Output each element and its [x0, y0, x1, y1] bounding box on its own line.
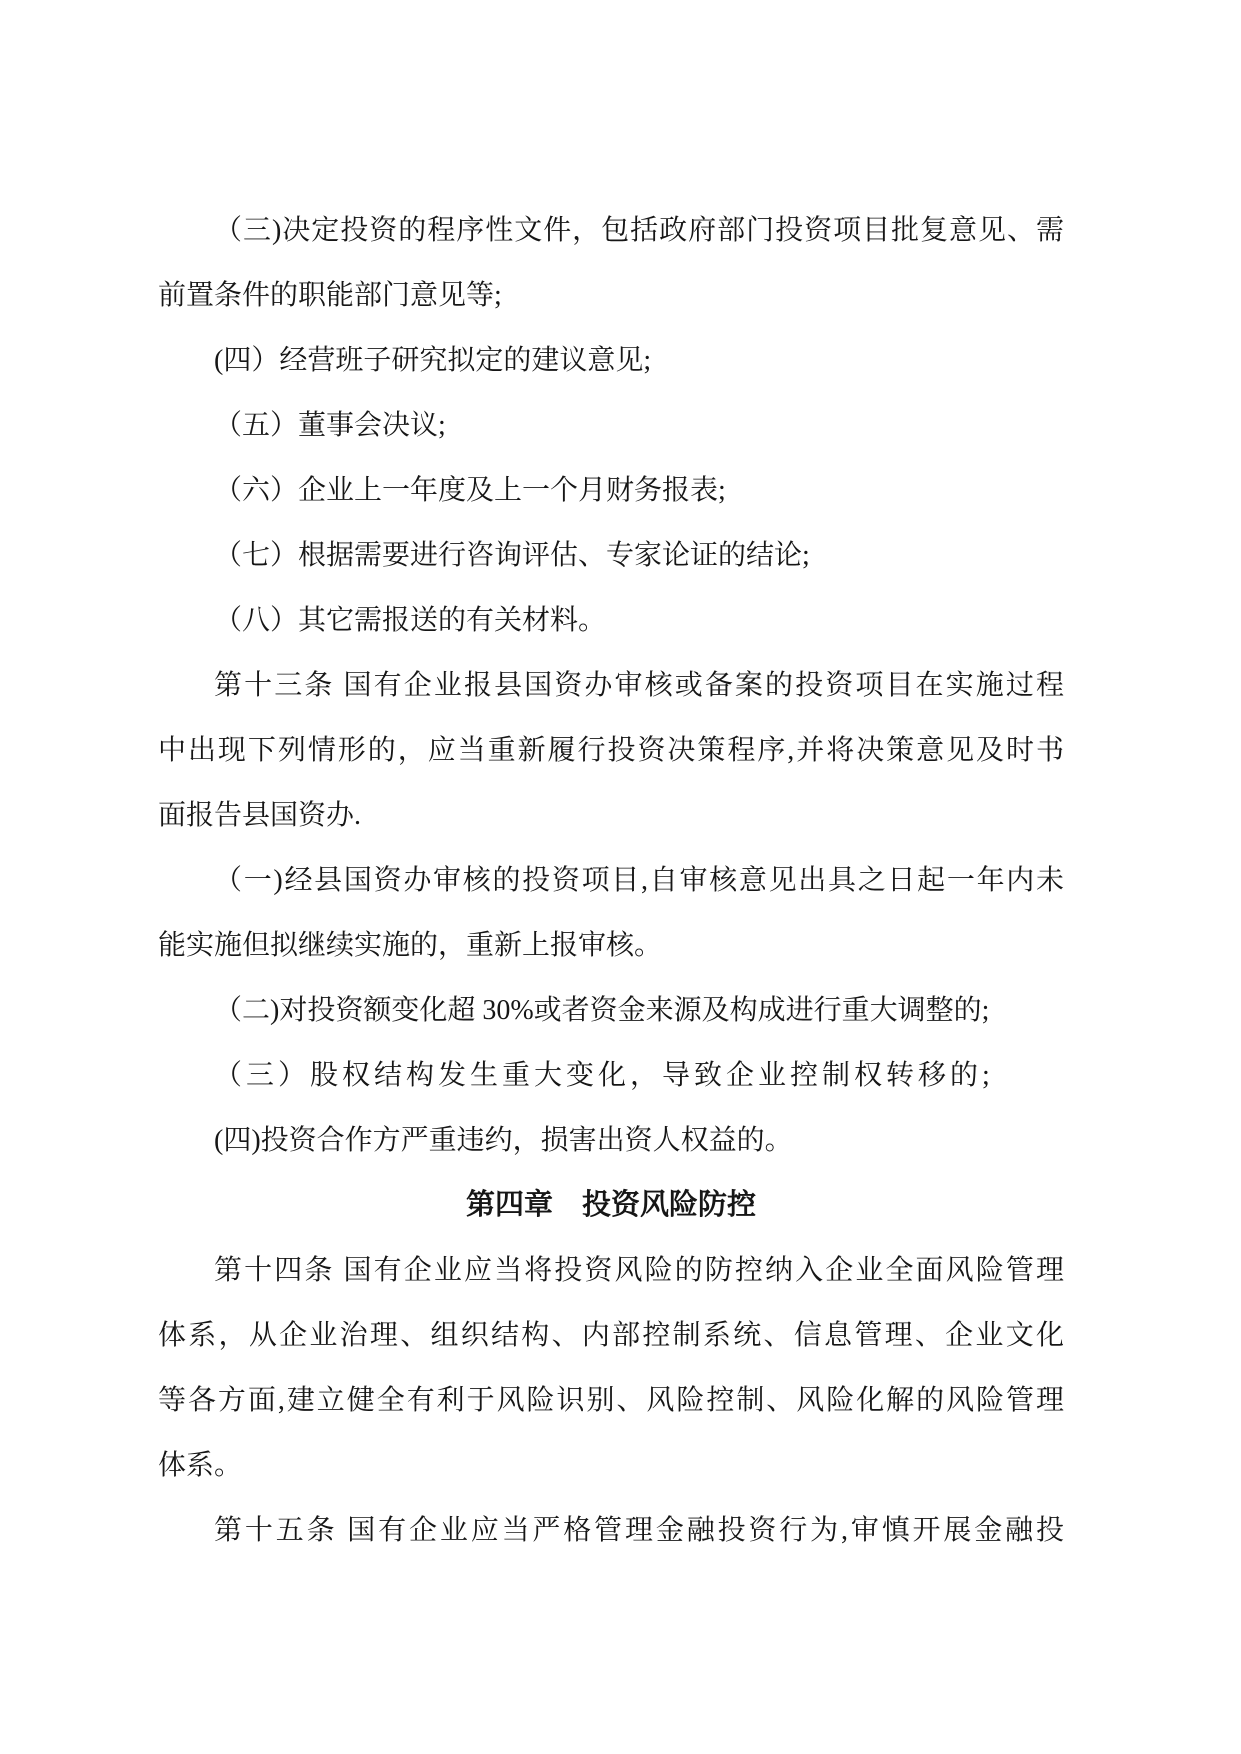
text-line: （三）股权结构发生重大变化，导致企业控制权转移的;	[158, 1043, 1064, 1108]
text-line: （五）董事会决议;	[158, 393, 1064, 458]
text-line: （一)经县国资办审核的投资项目,自审核意见出具之日起一年内未	[158, 848, 1064, 913]
text-line: 面报告县国资办.	[158, 783, 1064, 848]
text-line: （三)决定投资的程序性文件，包括政府部门投资项目批复意见、需	[158, 198, 1064, 263]
text-line: 体系，从企业治理、组织结构、内部控制系统、信息管理、企业文化	[158, 1303, 1064, 1368]
text-line: （七）根据需要进行咨询评估、专家论证的结论;	[158, 523, 1064, 588]
text-line: （二)对投资额变化超 30%或者资金来源及构成进行重大调整的;	[158, 978, 1064, 1043]
text-line: （六）企业上一年度及上一个月财务报表;	[158, 458, 1064, 523]
document-page: （三)决定投资的程序性文件，包括政府部门投资项目批复意见、需前置条件的职能部门意…	[0, 0, 1241, 1754]
text-line: 中出现下列情形的，应当重新履行投资决策程序,并将决策意见及时书	[158, 718, 1064, 783]
text-line: 能实施但拟继续实施的，重新上报审核。	[158, 913, 1064, 978]
text-line: 第十四条 国有企业应当将投资风险的防控纳入企业全面风险管理	[158, 1238, 1064, 1303]
text-line: 第十五条 国有企业应当严格管理金融投资行为,审慎开展金融投	[158, 1498, 1064, 1563]
text-line: （八）其它需报送的有关材料。	[158, 588, 1064, 653]
text-line: (四）经营班子研究拟定的建议意见;	[158, 328, 1064, 393]
text-line: (四)投资合作方严重违约，损害出资人权益的。	[158, 1108, 1064, 1173]
text-line: 体系。	[158, 1433, 1064, 1498]
document-body: （三)决定投资的程序性文件，包括政府部门投资项目批复意见、需前置条件的职能部门意…	[158, 198, 1064, 1563]
text-line: 等各方面,建立健全有利于风险识别、风险控制、风险化解的风险管理	[158, 1368, 1064, 1433]
text-line: 前置条件的职能部门意见等;	[158, 263, 1064, 328]
text-line: 第十三条 国有企业报县国资办审核或备案的投资项目在实施过程	[158, 653, 1064, 718]
chapter-heading: 第四章 投资风险防控	[158, 1173, 1064, 1238]
